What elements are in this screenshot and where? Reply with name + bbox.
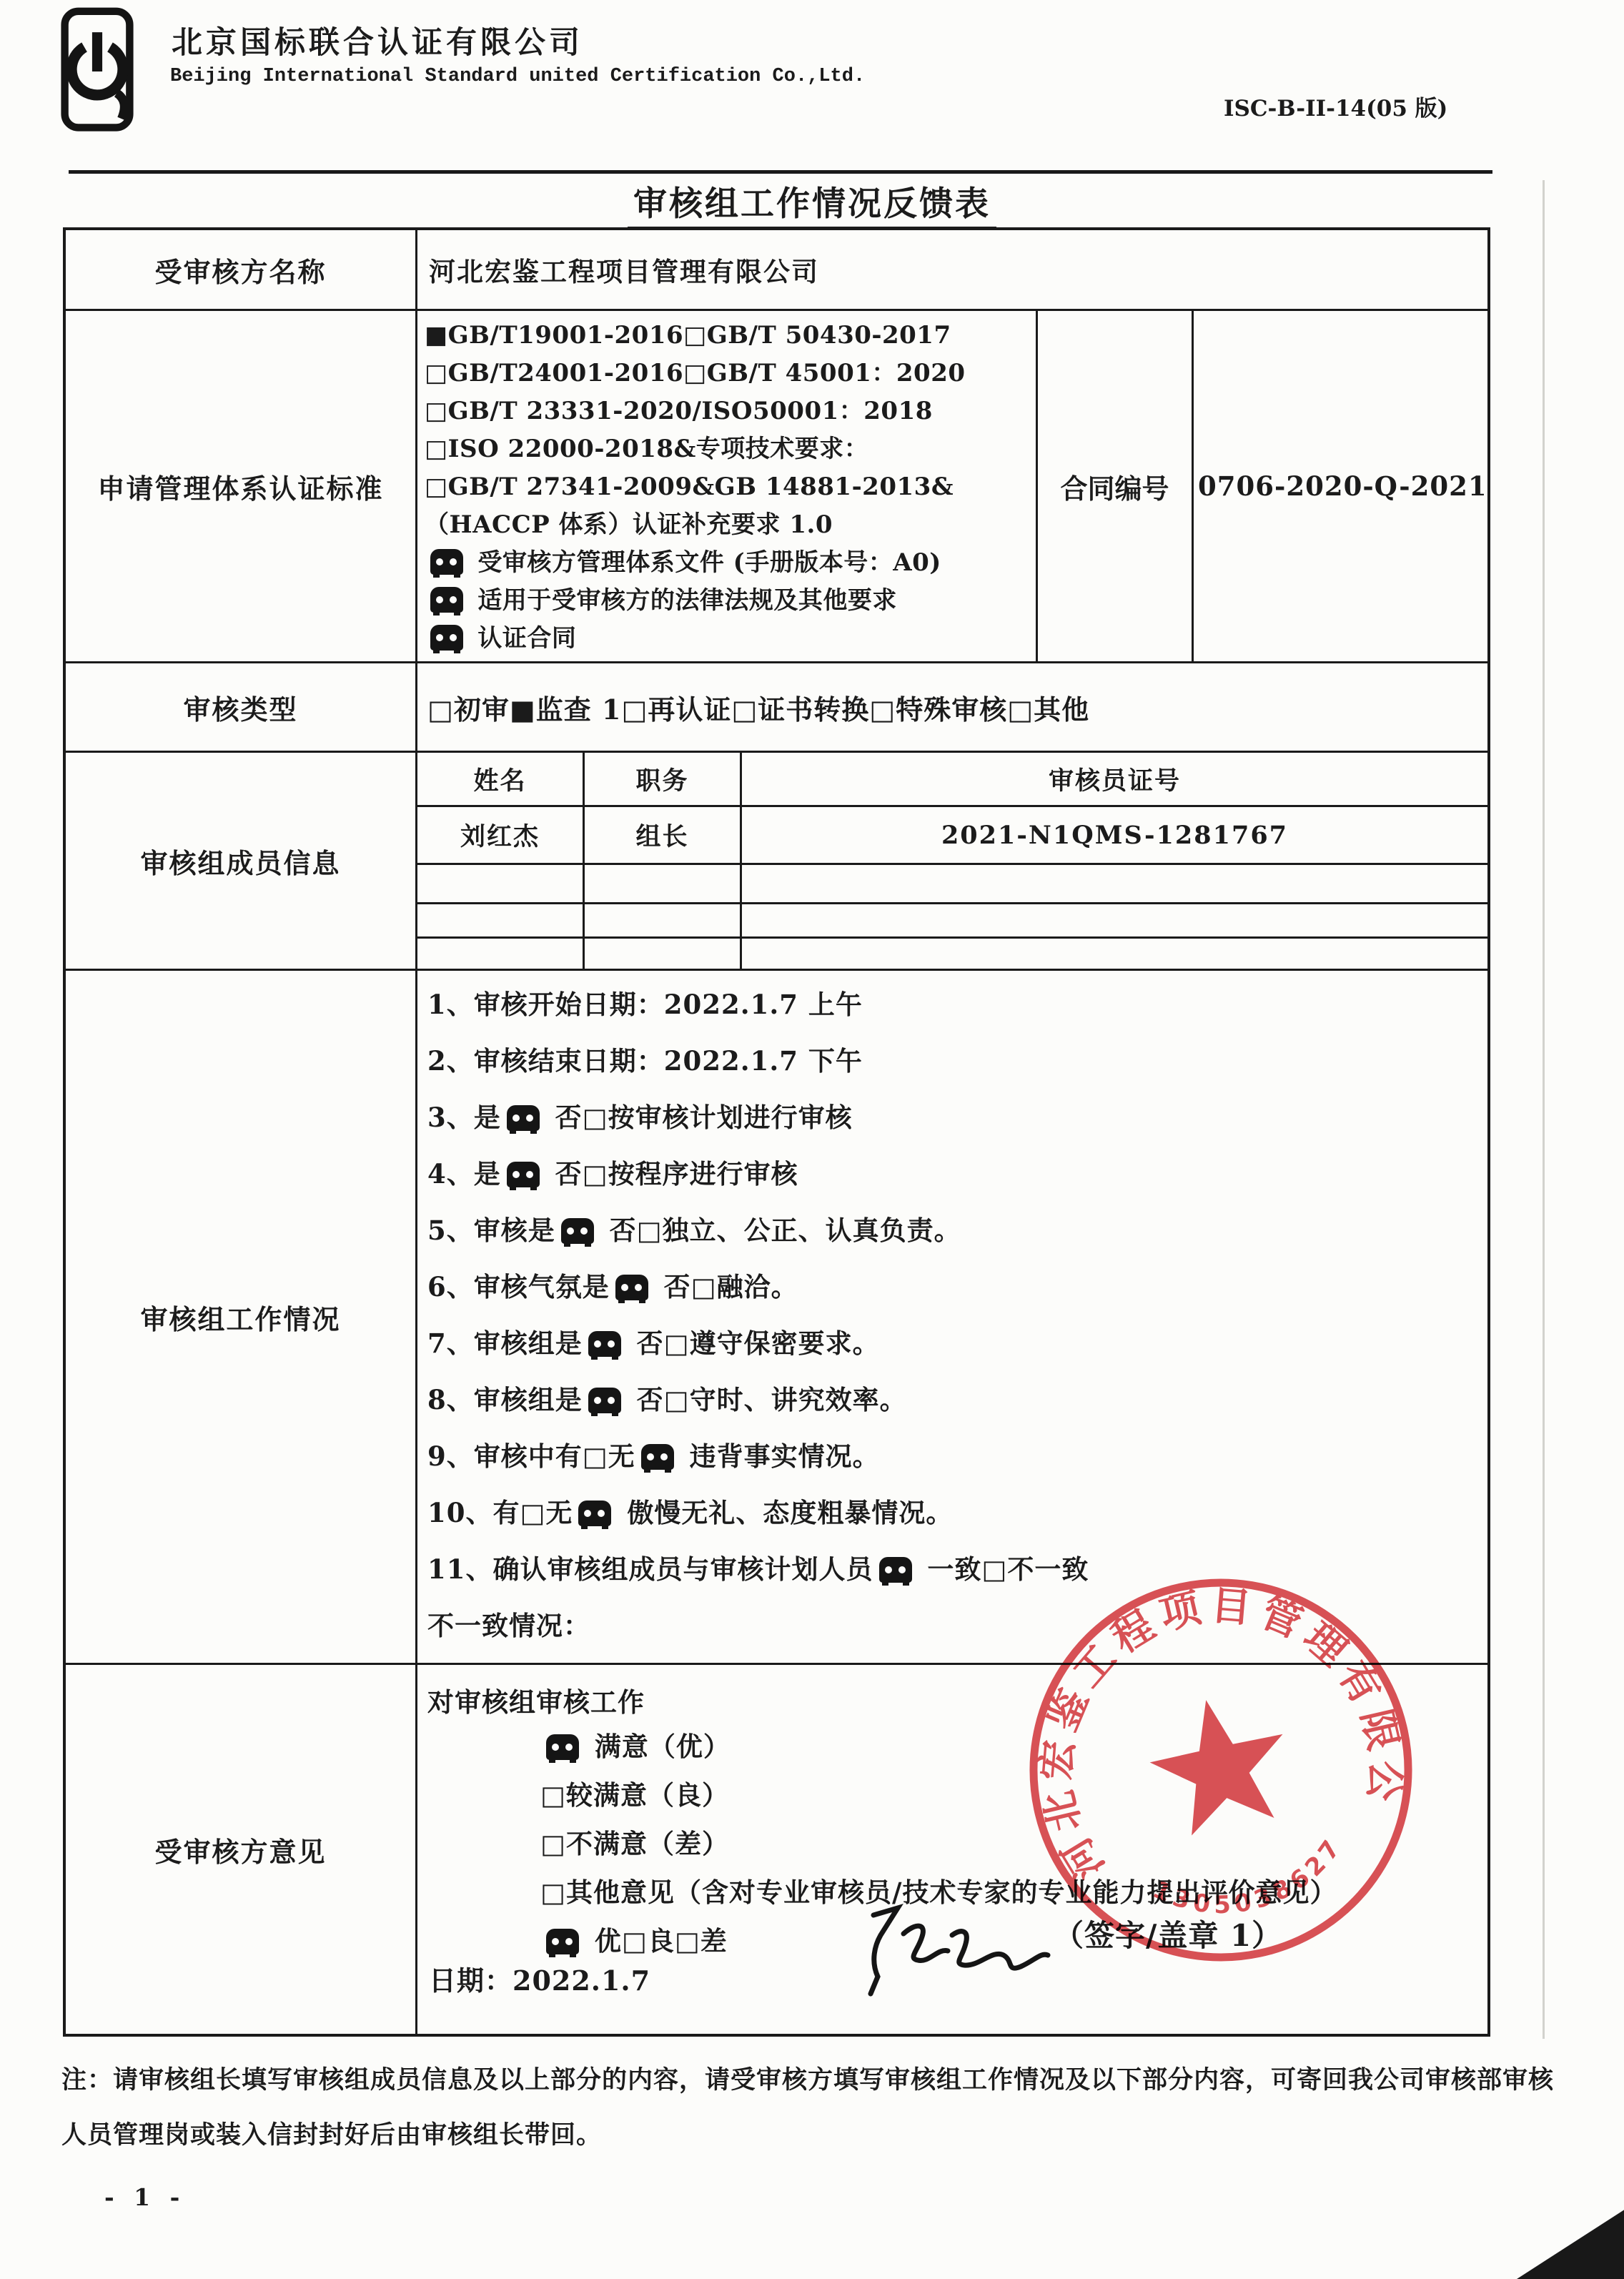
standards-label: 申请管理体系认证标准	[66, 311, 417, 661]
auditee-label: 受审核方名称	[66, 230, 417, 309]
standard-line: 受审核方管理体系文件 (手册版本号：A0)	[425, 544, 1033, 582]
audit-type-label: 审核类型	[66, 663, 417, 751]
work-item: 11、确认审核组成员与审核计划人员 一致□不一致	[427, 1541, 1480, 1598]
check-mark-stamp	[641, 1444, 674, 1470]
work-item: 7、审核组是 否□遵守保密要求。	[427, 1315, 1480, 1372]
form-code: ISC-B-II-14(05 版)	[1224, 90, 1447, 122]
check-mark-stamp	[430, 549, 463, 575]
member-row	[417, 939, 1487, 971]
row-standards: 申请管理体系认证标准 ■GB/T19001-2016□GB/T 50430-20…	[66, 309, 1487, 661]
standard-line: ■GB/T19001-2016□GB/T 50430-2017	[425, 317, 1033, 355]
member-cert	[742, 904, 1487, 936]
work-item: 8、审核组是 否□守时、讲究效率。	[427, 1372, 1480, 1428]
check-mark-stamp	[430, 587, 463, 613]
signature-block: （签字/盖章 1）	[861, 1892, 1282, 1999]
page-title: 审核组工作情况反馈表	[628, 177, 996, 230]
contract-number-label: 合同编号	[1038, 311, 1194, 661]
contract-number-value: 0706-2020-Q-2021	[1194, 311, 1487, 661]
standard-line: □ISO 22000-2018&专项技术要求：	[425, 430, 1033, 468]
standards-list: ■GB/T19001-2016□GB/T 50430-2017 □GB/T240…	[417, 311, 1038, 661]
work-item: 5、审核是 否□独立、公正、认真负责。	[427, 1202, 1480, 1259]
check-mark-stamp	[507, 1105, 540, 1131]
opinion-label: 受审核方意见	[66, 1665, 417, 2034]
member-col-cert: 审核员证号	[742, 753, 1487, 805]
feedback-form-table: 受审核方名称 河北宏鉴工程项目管理有限公司 申请管理体系认证标准 ■GB/T19…	[63, 227, 1490, 2037]
row-audit-type: 审核类型 □初审■监查 1□再认证□证书转换□特殊审核□其他	[66, 661, 1487, 751]
member-row: 刘红杰 组长 2021-N1QMS-1281767	[417, 807, 1487, 865]
standard-line: 认证合同	[425, 620, 1033, 658]
check-mark-stamp	[578, 1501, 611, 1526]
work-item-list: 1、审核开始日期：2022.1.7 上午 2、审核结束日期：2022.1.7 下…	[417, 971, 1487, 1663]
row-work-situation: 审核组工作情况 1、审核开始日期：2022.1.7 上午 2、审核结束日期：20…	[66, 969, 1487, 1663]
page-number: - 1 -	[104, 2183, 185, 2211]
scan-corner-artifact	[1517, 2204, 1624, 2279]
standard-line: □GB/T24001-2016□GB/T 45001：2020	[425, 355, 1033, 392]
member-cert	[742, 865, 1487, 902]
member-name: 刘红杰	[417, 807, 585, 863]
opinion-date: 日期：2022.1.7	[429, 1959, 650, 1998]
opinion-option: □不满意（差）	[540, 1819, 1487, 1868]
member-role	[585, 939, 742, 971]
member-name	[417, 939, 585, 971]
check-mark-stamp	[588, 1331, 621, 1357]
member-cert	[742, 939, 1487, 971]
standard-line: □GB/T 23331-2020/ISO50001：2018	[425, 392, 1033, 430]
work-item: 2、审核结束日期：2022.1.7 下午	[427, 1033, 1480, 1089]
company-name-en: Beijing International Standard united Ce…	[170, 66, 865, 87]
work-label: 审核组工作情况	[66, 971, 417, 1663]
certification-logo-icon	[60, 6, 134, 136]
company-name-cn: 北京国标联合认证有限公司	[172, 19, 583, 62]
check-mark-stamp	[615, 1275, 648, 1300]
work-item: 3、是 否□按审核计划进行审核	[427, 1089, 1480, 1146]
member-name	[417, 904, 585, 936]
row-auditee: 受审核方名称 河北宏鉴工程项目管理有限公司	[66, 230, 1487, 309]
member-row	[417, 865, 1487, 904]
check-mark-stamp	[430, 625, 463, 651]
member-col-role: 职务	[585, 753, 742, 805]
work-item: 10、有□无 傲慢无礼、态度粗暴情况。	[427, 1485, 1480, 1541]
check-mark-stamp	[588, 1388, 621, 1413]
header-divider	[69, 170, 1492, 174]
work-item: 1、审核开始日期：2022.1.7 上午	[427, 977, 1480, 1033]
scanned-document-page: 北京国标联合认证有限公司 Beijing International Stand…	[0, 0, 1624, 2279]
check-mark-stamp	[879, 1557, 912, 1583]
standard-line: □GB/T 27341-2009&GB 14881-2013&（HACCP 体系…	[425, 468, 1033, 544]
footer-note: 注：请审核组长填写审核组成员信息及以上部分的内容，请受审核方填写审核组工作情况及…	[61, 2053, 1565, 2163]
member-role	[585, 904, 742, 936]
scan-edge-line	[1543, 180, 1545, 2039]
auditee-name: 河北宏鉴工程项目管理有限公司	[417, 230, 1487, 289]
work-item: 4、是 否□按程序进行审核	[427, 1146, 1480, 1202]
member-col-name: 姓名	[417, 753, 585, 805]
opinion-heading: 对审核组审核工作	[427, 1681, 1487, 1719]
member-row	[417, 904, 1487, 939]
check-mark-stamp	[546, 1734, 579, 1760]
check-mark-stamp	[546, 1929, 579, 1954]
work-mismatch-label: 不一致情况：	[427, 1598, 1480, 1654]
member-role: 组长	[585, 807, 742, 863]
member-header-row: 姓名 职务 审核员证号	[417, 753, 1487, 807]
opinion-option: 满意（优）	[540, 1722, 1487, 1771]
audit-type-options: □初审■监查 1□再认证□证书转换□特殊审核□其他	[417, 663, 1487, 751]
member-cert: 2021-N1QMS-1281767	[742, 807, 1487, 863]
members-label: 审核组成员信息	[66, 753, 417, 969]
handwritten-signature	[861, 1892, 1054, 1999]
work-item: 9、审核中有□无 违背事实情况。	[427, 1428, 1480, 1485]
row-opinion: 受审核方意见 对审核组审核工作 满意（优） □较满意（良） □不满意（差） □其…	[66, 1663, 1487, 2034]
member-role	[585, 865, 742, 902]
check-mark-stamp	[561, 1218, 594, 1244]
row-members: 审核组成员信息 姓名 职务 审核员证号 刘红杰 组长 2021-N1QMS-12…	[66, 751, 1487, 969]
standard-line: 适用于受审核方的法律法规及其他要求	[425, 582, 1033, 620]
signature-caption: （签字/盖章 1）	[1054, 1912, 1282, 1955]
check-mark-stamp	[507, 1162, 540, 1187]
work-item: 6、审核气氛是 否□融洽。	[427, 1259, 1480, 1315]
member-name	[417, 865, 585, 902]
opinion-option: □较满意（良）	[540, 1771, 1487, 1819]
